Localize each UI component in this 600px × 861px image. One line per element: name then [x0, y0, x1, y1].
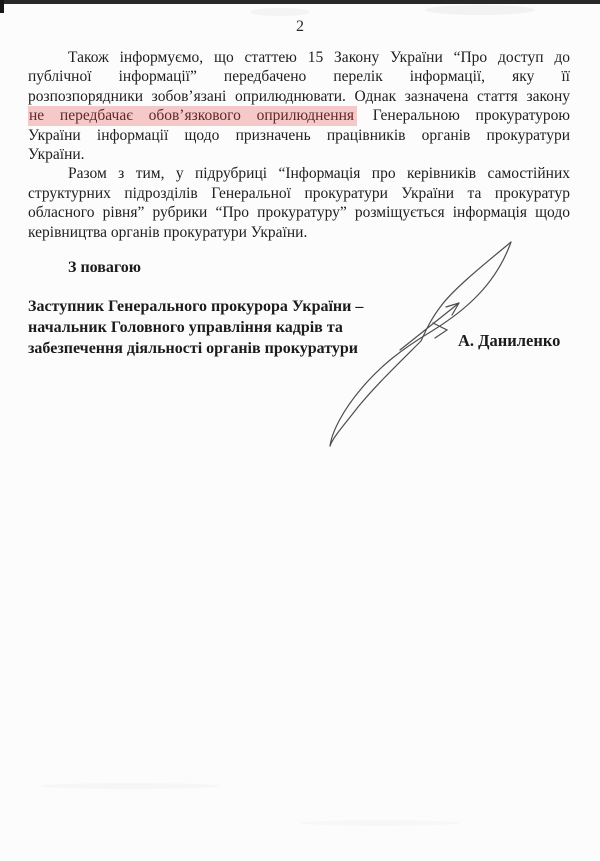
paragraph-1: Також інформуємо, що статтею 15 Закону У…: [28, 48, 570, 164]
paragraph-line: Разом з тим, у підрубриці “Інформація пр…: [28, 164, 570, 183]
paragraph-line: Також інформуємо, що статтею 15 Закону У…: [28, 48, 570, 67]
scan-noise: [425, 5, 535, 15]
letter-body: Також інформуємо, що статтею 15 Закону У…: [28, 48, 570, 359]
scan-noise: [250, 8, 310, 16]
highlighted-phrase: не передбачає обов’язкового оприлюднення: [28, 106, 357, 126]
signatory-title-line: Заступник Генерального прокурора України…: [28, 296, 458, 317]
paragraph-line-rest: Генеральною прокуратурою: [373, 107, 570, 124]
paragraph-line: розпозпорядники зобов’язані оприлюднюват…: [28, 87, 570, 106]
paragraph-line: обласного рівня” рубрики “Про прокуратур…: [28, 203, 570, 222]
signatory-title-line: забезпечення діяльності органів прокурат…: [28, 338, 458, 359]
paragraph-line: структурних підрозділів Генеральної прок…: [28, 184, 570, 203]
scan-edge-artifact-left: [0, 0, 4, 13]
signatory-title-block: Заступник Генерального прокурора України…: [28, 296, 458, 359]
scanned-document-page: 2 Також інформуємо, що статтею 15 Закону…: [0, 0, 600, 861]
page-number: 2: [0, 18, 600, 36]
paragraph-line: України.: [28, 145, 570, 164]
paragraph-line: публічної інформації” передбачено перелі…: [28, 67, 570, 86]
signatory-title-line: начальник Головного управління кадрів та: [28, 317, 458, 338]
paragraph-line-with-highlight: не передбачає обов’язкового оприлюднення…: [28, 106, 570, 125]
paragraph-line: України інформації щодо призначень праці…: [28, 126, 570, 145]
scan-noise: [40, 783, 220, 789]
closing-salutation: З повагою: [28, 258, 570, 277]
scan-noise: [300, 820, 460, 826]
signatory-name: А. Даниленко: [458, 331, 560, 351]
paragraph-2: Разом з тим, у підрубриці “Інформація пр…: [28, 164, 570, 242]
scan-edge-artifact-top: [0, 0, 600, 4]
paragraph-line: керівництва органів прокуратури України.: [28, 223, 570, 242]
